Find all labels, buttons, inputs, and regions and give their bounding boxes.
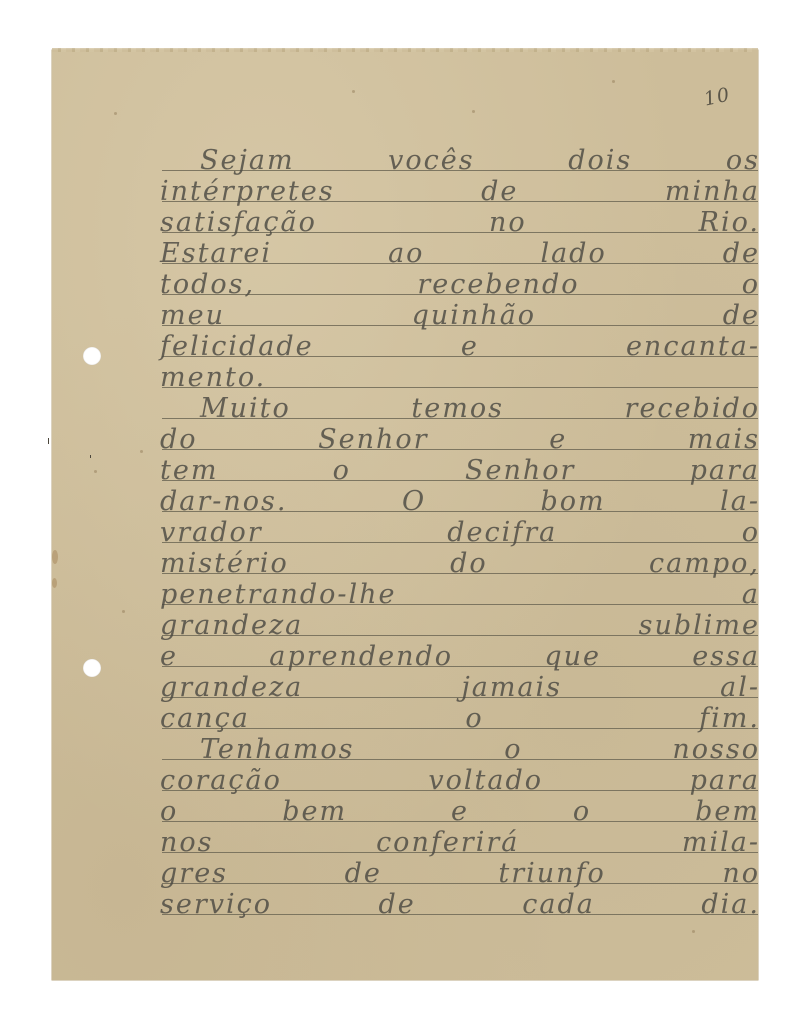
handwritten-word: ao	[388, 240, 424, 267]
handwritten-line: gresdetriunfono	[160, 856, 760, 887]
handwritten-line: cançaofim.	[160, 701, 760, 732]
handwritten-line: doSenhoremais	[160, 422, 760, 453]
handwritten-word: dia.	[701, 891, 760, 918]
handwritten-line: dar-nos.Obomla-	[160, 484, 760, 515]
handwritten-word: dois	[568, 147, 632, 174]
handwritten-word: jamais	[461, 674, 562, 701]
handwritten-word: e	[461, 333, 479, 360]
paper-speck	[122, 610, 125, 613]
torn-top-edge	[52, 48, 758, 52]
handwritten-word: mila-	[682, 829, 760, 856]
handwritten-word: Muito	[200, 395, 291, 422]
handwritten-word: do	[450, 550, 488, 577]
handwritten-word: cada	[522, 891, 595, 918]
handwritten-word: Tenhamos	[200, 736, 354, 763]
handwritten-word: o	[573, 798, 591, 825]
handwritten-word: os	[726, 147, 760, 174]
handwritten-word: essa	[692, 643, 760, 670]
handwritten-word: no	[722, 860, 760, 887]
handwritten-word: Rio.	[699, 209, 760, 236]
handwritten-word: mento.	[160, 364, 266, 391]
handwritten-word: lado	[540, 240, 606, 267]
handwritten-line: nosconferirámila-	[160, 825, 760, 856]
page-number: 10	[702, 84, 732, 111]
handwritten-word: para	[690, 767, 760, 794]
punch-hole-lower	[83, 659, 101, 677]
handwritten-word: minha	[665, 178, 760, 205]
handwritten-line: satisfaçãonoRio.	[160, 205, 760, 236]
margin-mark	[48, 438, 49, 444]
handwritten-word: todos,	[160, 271, 255, 298]
handwritten-word: Senhor	[465, 457, 575, 484]
handwritten-line: Muitotemosrecebido	[160, 391, 760, 422]
handwritten-word: coração	[160, 767, 282, 794]
handwritten-word: bem	[282, 798, 347, 825]
handwritten-word: a	[742, 581, 760, 608]
handwritten-word: para	[690, 457, 760, 484]
scan-canvas: 10 Sejamvocêsdoisosintérpretesdeminhasat…	[0, 0, 811, 1024]
handwritten-line: penetrando-lhea	[160, 577, 760, 608]
handwritten-line: Sejamvocêsdoisos	[160, 143, 760, 174]
handwritten-word: la-	[720, 488, 760, 515]
handwritten-word: o	[465, 705, 483, 732]
handwritten-word: voltado	[428, 767, 543, 794]
handwritten-word: encanta-	[626, 333, 760, 360]
handwritten-word: o	[160, 798, 178, 825]
paper-speck	[114, 112, 117, 115]
handwritten-line: grandezajamaisal-	[160, 670, 760, 701]
paper-sheet: 10 Sejamvocêsdoisosintérpretesdeminhasat…	[52, 50, 758, 980]
handwritten-word: conferirá	[376, 829, 519, 856]
handwritten-word: fim.	[699, 705, 760, 732]
handwritten-word: intérpretes	[160, 178, 335, 205]
paper-speck	[692, 930, 695, 933]
handwritten-word: Senhor	[318, 426, 428, 453]
handwritten-word: o	[742, 271, 760, 298]
margin-mark	[90, 455, 91, 458]
edge-stain	[52, 578, 57, 588]
handwritten-word: e	[549, 426, 567, 453]
handwritten-word: triunfo	[498, 860, 605, 887]
handwritten-word: Estarei	[160, 240, 272, 267]
handwritten-word: bom	[541, 488, 606, 515]
handwritten-word: al-	[720, 674, 760, 701]
handwritten-line: coraçãovoltadopara	[160, 763, 760, 794]
handwritten-word: gres	[160, 860, 228, 887]
handwritten-word: felicidade	[160, 333, 314, 360]
handwritten-word: recebendo	[417, 271, 579, 298]
handwritten-line: intérpretesdeminha	[160, 174, 760, 205]
punch-hole-upper	[83, 347, 101, 365]
handwritten-word: recebido	[625, 395, 760, 422]
handwritten-line: Estareiaoladode	[160, 236, 760, 267]
handwritten-line: felicidadeeencanta-	[160, 329, 760, 360]
edge-stain	[52, 550, 58, 564]
handwritten-line: grandezasublime	[160, 608, 760, 639]
handwritten-line: serviçodecadadia.	[160, 887, 760, 918]
handwritten-word: temos	[411, 395, 504, 422]
handwritten-line: vradordecifrao	[160, 515, 760, 546]
handwritten-line: temoSenhorpara	[160, 453, 760, 484]
handwritten-word: Sejam	[200, 147, 295, 174]
handwritten-word: do	[160, 426, 198, 453]
handwritten-word: aprendendo	[269, 643, 453, 670]
paper-speck	[612, 80, 615, 83]
handwritten-line: eaprendendoqueessa	[160, 639, 760, 670]
handwritten-word: de	[481, 178, 518, 205]
handwritten-word: que	[544, 643, 601, 670]
handwritten-line: meuquinhãode	[160, 298, 760, 329]
paper-speck	[140, 450, 143, 453]
handwritten-word: e	[160, 643, 178, 670]
paper-speck	[94, 470, 97, 473]
paper-speck	[352, 90, 355, 93]
handwritten-word: mais	[688, 426, 760, 453]
handwritten-word: cança	[160, 705, 250, 732]
handwritten-word: mistério	[160, 550, 289, 577]
handwritten-word: dar-nos.	[160, 488, 288, 515]
handwritten-word: no	[489, 209, 527, 236]
handwritten-word: quinhão	[412, 302, 536, 329]
handwritten-line: obemeobem	[160, 794, 760, 825]
handwritten-word: o	[333, 457, 351, 484]
handwritten-line: todos,recebendoo	[160, 267, 760, 298]
handwritten-word: nos	[160, 829, 214, 856]
handwritten-word: decifra	[447, 519, 557, 546]
paper-speck	[472, 110, 475, 113]
handwritten-word: bem	[695, 798, 760, 825]
handwritten-word: vrador	[160, 519, 263, 546]
handwritten-word: o	[504, 736, 522, 763]
handwritten-word: vocês	[388, 147, 474, 174]
handwritten-word: de	[345, 860, 382, 887]
handwritten-word: grandeza	[160, 612, 303, 639]
handwritten-word: satisfação	[160, 209, 317, 236]
handwritten-line: mistériodocampo,	[160, 546, 760, 577]
handwritten-line: Tenhamosonosso	[160, 732, 760, 763]
handwritten-word: grandeza	[160, 674, 303, 701]
handwritten-word: penetrando-lhe	[160, 581, 397, 608]
handwritten-line: mento.	[160, 360, 760, 391]
handwritten-word: de	[723, 240, 760, 267]
handwritten-word: meu	[160, 302, 225, 329]
handwritten-word: e	[451, 798, 469, 825]
handwritten-word: sublime	[639, 612, 760, 639]
handwritten-word: nosso	[672, 736, 760, 763]
handwritten-word: tem	[160, 457, 218, 484]
handwritten-word: de	[379, 891, 416, 918]
handwritten-word: O	[402, 488, 426, 515]
handwritten-word: o	[742, 519, 760, 546]
handwritten-word: serviço	[160, 891, 272, 918]
handwritten-word: de	[723, 302, 760, 329]
handwritten-word: campo,	[649, 550, 760, 577]
